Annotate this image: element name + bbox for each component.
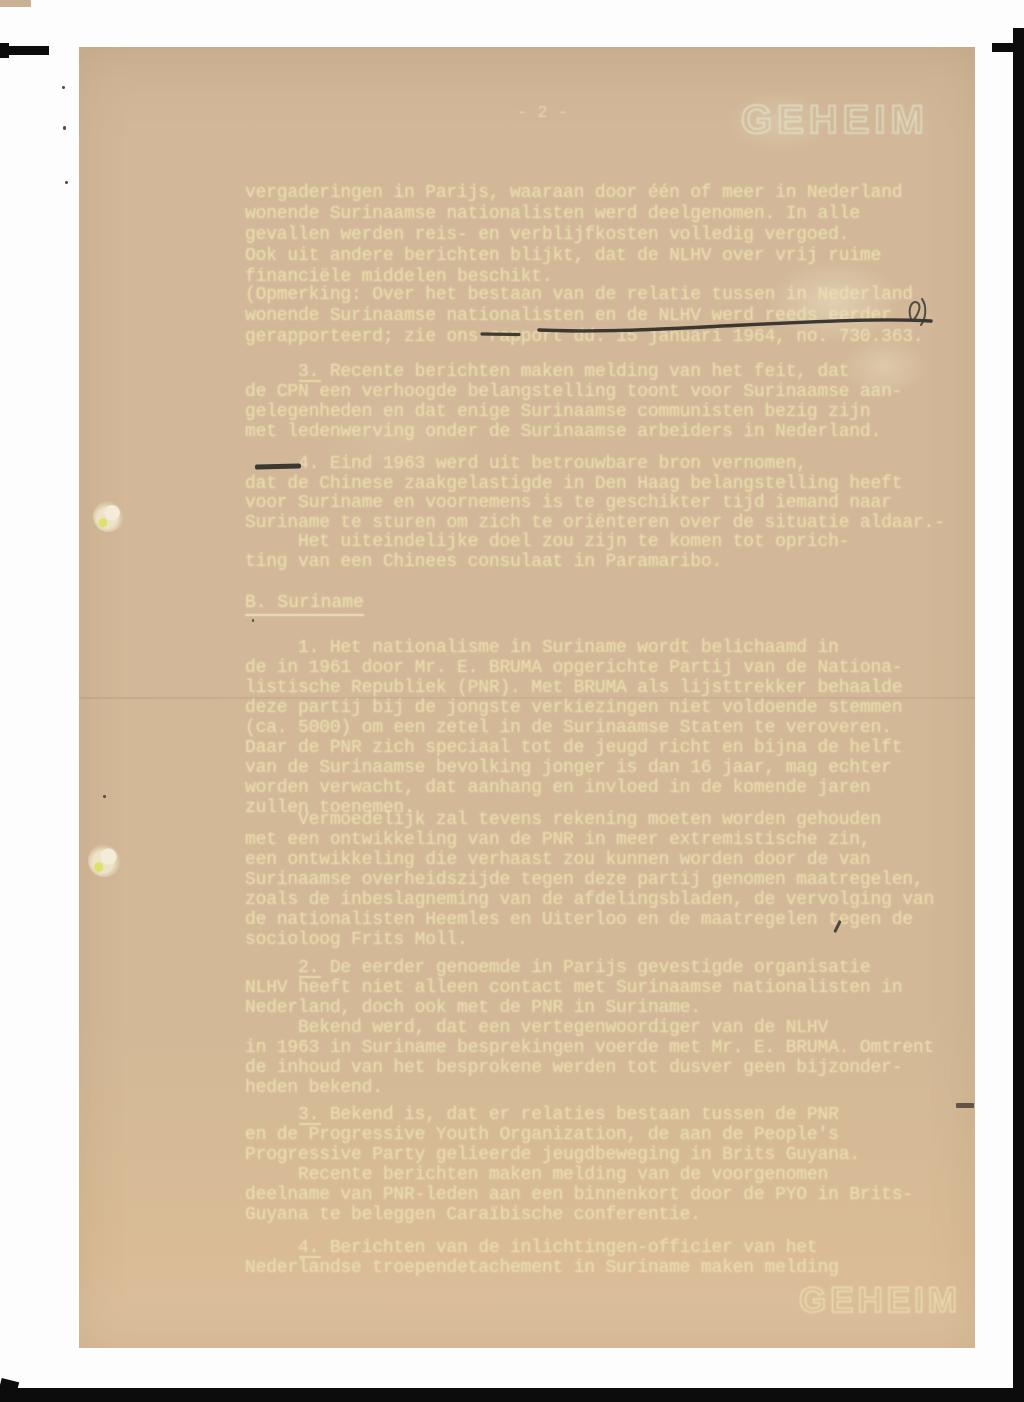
typed-line: en de Progressive Youth Organization, de…: [245, 1125, 965, 1145]
typed-line: gevallen werden reis- en verblijfkosten …: [245, 225, 965, 246]
typed-line: met ledenwerving onder de Surinaamse arb…: [245, 422, 965, 442]
number-underline: [299, 976, 321, 978]
paragraph-b-item1-continued: Vermoedelijk zal tevens rekening moeten …: [245, 810, 965, 950]
staple-mark-right-edge: [956, 1103, 974, 1108]
typed-line: worden verwacht, dat aanhang en invloed …: [245, 778, 965, 798]
paragraph-a-item3: 3. Recente berichten maken melding van h…: [245, 362, 965, 442]
punch-hole-top: [93, 501, 124, 532]
typed-line: socioloog Frits Moll.: [245, 930, 965, 950]
typed-line: Ook uit andere berichten blijkt, dat de …: [245, 246, 965, 267]
scanned-document-page: - 2 - GEHEIM vergaderingen in Parijs, wa…: [0, 0, 1024, 1402]
typed-line: deze partij bij de jongste verkiezingen …: [245, 698, 965, 718]
typed-line: Surinaamse overheidszijde tegen deze par…: [245, 870, 965, 890]
typed-line: Guyana te beleggen Caraïbische conferent…: [245, 1205, 965, 1225]
typed-line: voor Suriname en voornemens is te geschi…: [245, 494, 965, 514]
paragraph-b-item4: 4. Berichten van de inlichtingen-officie…: [245, 1238, 965, 1278]
typed-line: (ca. 5000) om een zetel in de Surinaamse…: [245, 718, 965, 738]
typed-line: Recente berichten maken melding van de v…: [245, 1165, 965, 1185]
typed-line: listische Republiek (PNR). Met BRUMA als…: [245, 678, 965, 698]
typed-line: met een ontwikkeling van de PNR in meer …: [245, 830, 965, 850]
typed-line: wonende Surinaamse nationalisten werd de…: [245, 204, 965, 225]
typed-line: gelegenheden en dat enige Surinaamse com…: [245, 402, 965, 422]
dust-speck: [63, 126, 66, 130]
paragraph-b-item2: 2. De eerder genoemde in Parijs gevestig…: [245, 958, 965, 1098]
number-underline: [299, 380, 321, 382]
punch-hole-bottom: [88, 844, 121, 877]
typed-line: dat de Chinese zaakgelastigde in Den Haa…: [245, 475, 965, 495]
dust-speck: [103, 795, 106, 798]
typed-line: de in 1961 door Mr. E. BRUMA opgerichte …: [245, 658, 965, 678]
dust-speck: [65, 181, 68, 184]
typed-line: een ontwikkeling die verhaast zou kunnen…: [245, 850, 965, 870]
typed-line: Het uiteindelijke doel zou zijn te komen…: [245, 533, 965, 553]
typed-line: deelname van PNR-leden aan een binnenkor…: [245, 1185, 965, 1205]
typed-line: 4. Berichten van de inlichtingen-officie…: [245, 1238, 965, 1258]
paragraph-a-item4: 4. Eind 1963 werd uit betrouwbare bron v…: [245, 455, 965, 572]
typed-line: van de Surinaamse bevolking jonger is da…: [245, 758, 965, 778]
typed-line: (Opmerking: Over het bestaan van de rela…: [245, 285, 965, 306]
scan-artifact-bottom-bar: [0, 1388, 1024, 1402]
typed-line: NLHV heeft niet alleen contact met Surin…: [245, 978, 965, 998]
paper-edge-sliver: [0, 0, 31, 7]
section-b-heading: B. Suriname: [245, 593, 364, 616]
typed-line: Progressive Party gelieerde jeugdbewegin…: [245, 1145, 965, 1165]
paper-sheet: - 2 - GEHEIM vergaderingen in Parijs, wa…: [79, 47, 975, 1348]
secret-stamp-top: GEHEIM: [741, 98, 929, 143]
typed-line: in 1963 in Suriname besprekingen voerde …: [245, 1038, 965, 1058]
paragraph-b-item1: 1. Het nationalisme in Suriname wordt be…: [245, 638, 965, 818]
scan-artifact-right-bar: [1013, 28, 1024, 1402]
typed-line: 3. Bekend is, dat er relaties bestaan tu…: [245, 1105, 965, 1125]
section-b-heading-label: B. Suriname: [245, 593, 364, 616]
pen-underline-mark: [479, 315, 937, 341]
scan-artifact-top-left-nub: [0, 43, 9, 58]
typed-line: 3. Recente berichten maken melding van h…: [245, 362, 965, 382]
typed-line: Bekend werd, dat een vertegenwoordiger v…: [245, 1018, 965, 1038]
typed-line: zoals de inbeslagneming van de afdelings…: [245, 890, 965, 910]
typed-line: de nationalisten Heemles en Uiterloo en …: [245, 910, 965, 930]
typed-line: ting van een Chinees consulaat in Parama…: [245, 553, 965, 573]
typed-line: 4. Eind 1963 werd uit betrouwbare bron v…: [245, 455, 965, 475]
typed-line: Daar de PNR zich speciaal tot de jeugd r…: [245, 738, 965, 758]
number-underline: [299, 1256, 321, 1258]
typed-line: 1. Het nationalisme in Suriname wordt be…: [245, 638, 965, 658]
typed-line: heden bekend.: [245, 1078, 965, 1098]
typed-line: Nederland, doch ook met de PNR in Surina…: [245, 998, 965, 1018]
typed-line: de inhoud van het besprokene werden tot …: [245, 1058, 965, 1078]
page-number: - 2 -: [517, 104, 637, 123]
typed-line: vergaderingen in Parijs, waaraan door éé…: [245, 183, 965, 204]
typed-line: Vermoedelijk zal tevens rekening moeten …: [245, 810, 965, 830]
secret-stamp-bottom: GEHEIM: [799, 1281, 961, 1321]
typed-line: Nederlandse troependetachement in Surina…: [245, 1258, 965, 1278]
paragraph-a-continuation: vergaderingen in Parijs, waaraan door éé…: [245, 183, 965, 288]
pen-squiggle-mark: [901, 291, 935, 331]
dust-speck: [62, 86, 65, 89]
paragraph-b-item3: 3. Bekend is, dat er relaties bestaan tu…: [245, 1105, 965, 1225]
number-underline: [299, 1123, 321, 1125]
typed-line: 2. De eerder genoemde in Parijs gevestig…: [245, 958, 965, 978]
dust-speck: [252, 619, 254, 622]
typed-line: Suriname te sturen om zich te oriënteren…: [245, 514, 965, 534]
typed-line: de CPN een verhoogde belangstelling toon…: [245, 382, 965, 402]
